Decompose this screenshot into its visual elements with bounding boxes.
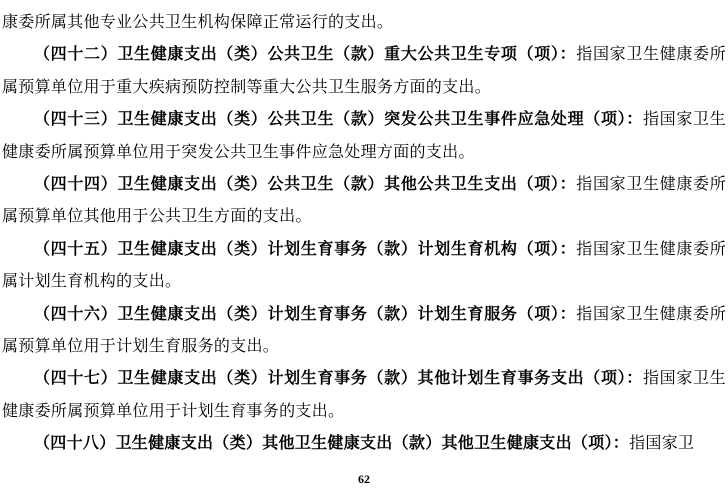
doc-paragraph-item-42: （四十二）卫生健康支出（类）公共卫生（款）重大公共卫生专项（项）：指国家卫生健康… xyxy=(2,39,726,104)
paragraph-lead: （四十七）卫生健康支出（类）计划生育事务（款）其他计划生育事务支出（项）： xyxy=(34,370,643,387)
paragraph-lead: （四十三）卫生健康支出（类）公共卫生（款）突发公共卫生事件应急处理（项）： xyxy=(34,111,643,128)
doc-paragraph-item-44: （四十四）卫生健康支出（类）公共卫生（款）其他公共卫生支出（项）：指国家卫生健康… xyxy=(2,169,726,234)
paragraph-lead: （四十四）卫生健康支出（类）公共卫生（款）其他公共卫生支出（项）： xyxy=(34,176,576,193)
page-footer: 62 xyxy=(0,470,728,488)
paragraph-lead: （四十五）卫生健康支出（类）计划生育事务（款）计划生育机构（项）： xyxy=(34,241,576,258)
doc-paragraph-item-48: （四十八）卫生健康支出（类）其他卫生健康支出（款）其他卫生健康支出（项）：指国家… xyxy=(2,428,726,460)
paragraph-text: 指国家卫 xyxy=(629,435,694,452)
document-text-block: 康委所属其他专业公共卫生机构保障正常运行的支出。 （四十二）卫生健康支出（类）公… xyxy=(0,0,728,461)
doc-paragraph-continuation: 康委所属其他专业公共卫生机构保障正常运行的支出。 xyxy=(2,7,726,39)
doc-paragraph-item-45: （四十五）卫生健康支出（类）计划生育事务（款）计划生育机构（项）：指国家卫生健康… xyxy=(2,234,726,299)
paragraph-lead: （四十六）卫生健康支出（类）计划生育事务（款）计划生育服务（项）： xyxy=(34,306,576,323)
paragraph-lead: （四十二）卫生健康支出（类）公共卫生（款）重大公共卫生专项（项）： xyxy=(34,46,576,63)
doc-paragraph-item-43: （四十三）卫生健康支出（类）公共卫生（款）突发公共卫生事件应急处理（项）：指国家… xyxy=(2,104,726,169)
page-number: 62 xyxy=(358,472,370,486)
doc-paragraph-item-47: （四十七）卫生健康支出（类）计划生育事务（款）其他计划生育事务支出（项）：指国家… xyxy=(2,363,726,428)
paragraph-text: 康委所属其他专业公共卫生机构保障正常运行的支出。 xyxy=(2,14,393,31)
doc-paragraph-item-46: （四十六）卫生健康支出（类）计划生育事务（款）计划生育服务（项）：指国家卫生健康… xyxy=(2,299,726,364)
document-page: 康委所属其他专业公共卫生机构保障正常运行的支出。 （四十二）卫生健康支出（类）公… xyxy=(0,0,728,495)
paragraph-lead: （四十八）卫生健康支出（类）其他卫生健康支出（款）其他卫生健康支出（项）： xyxy=(34,435,629,452)
